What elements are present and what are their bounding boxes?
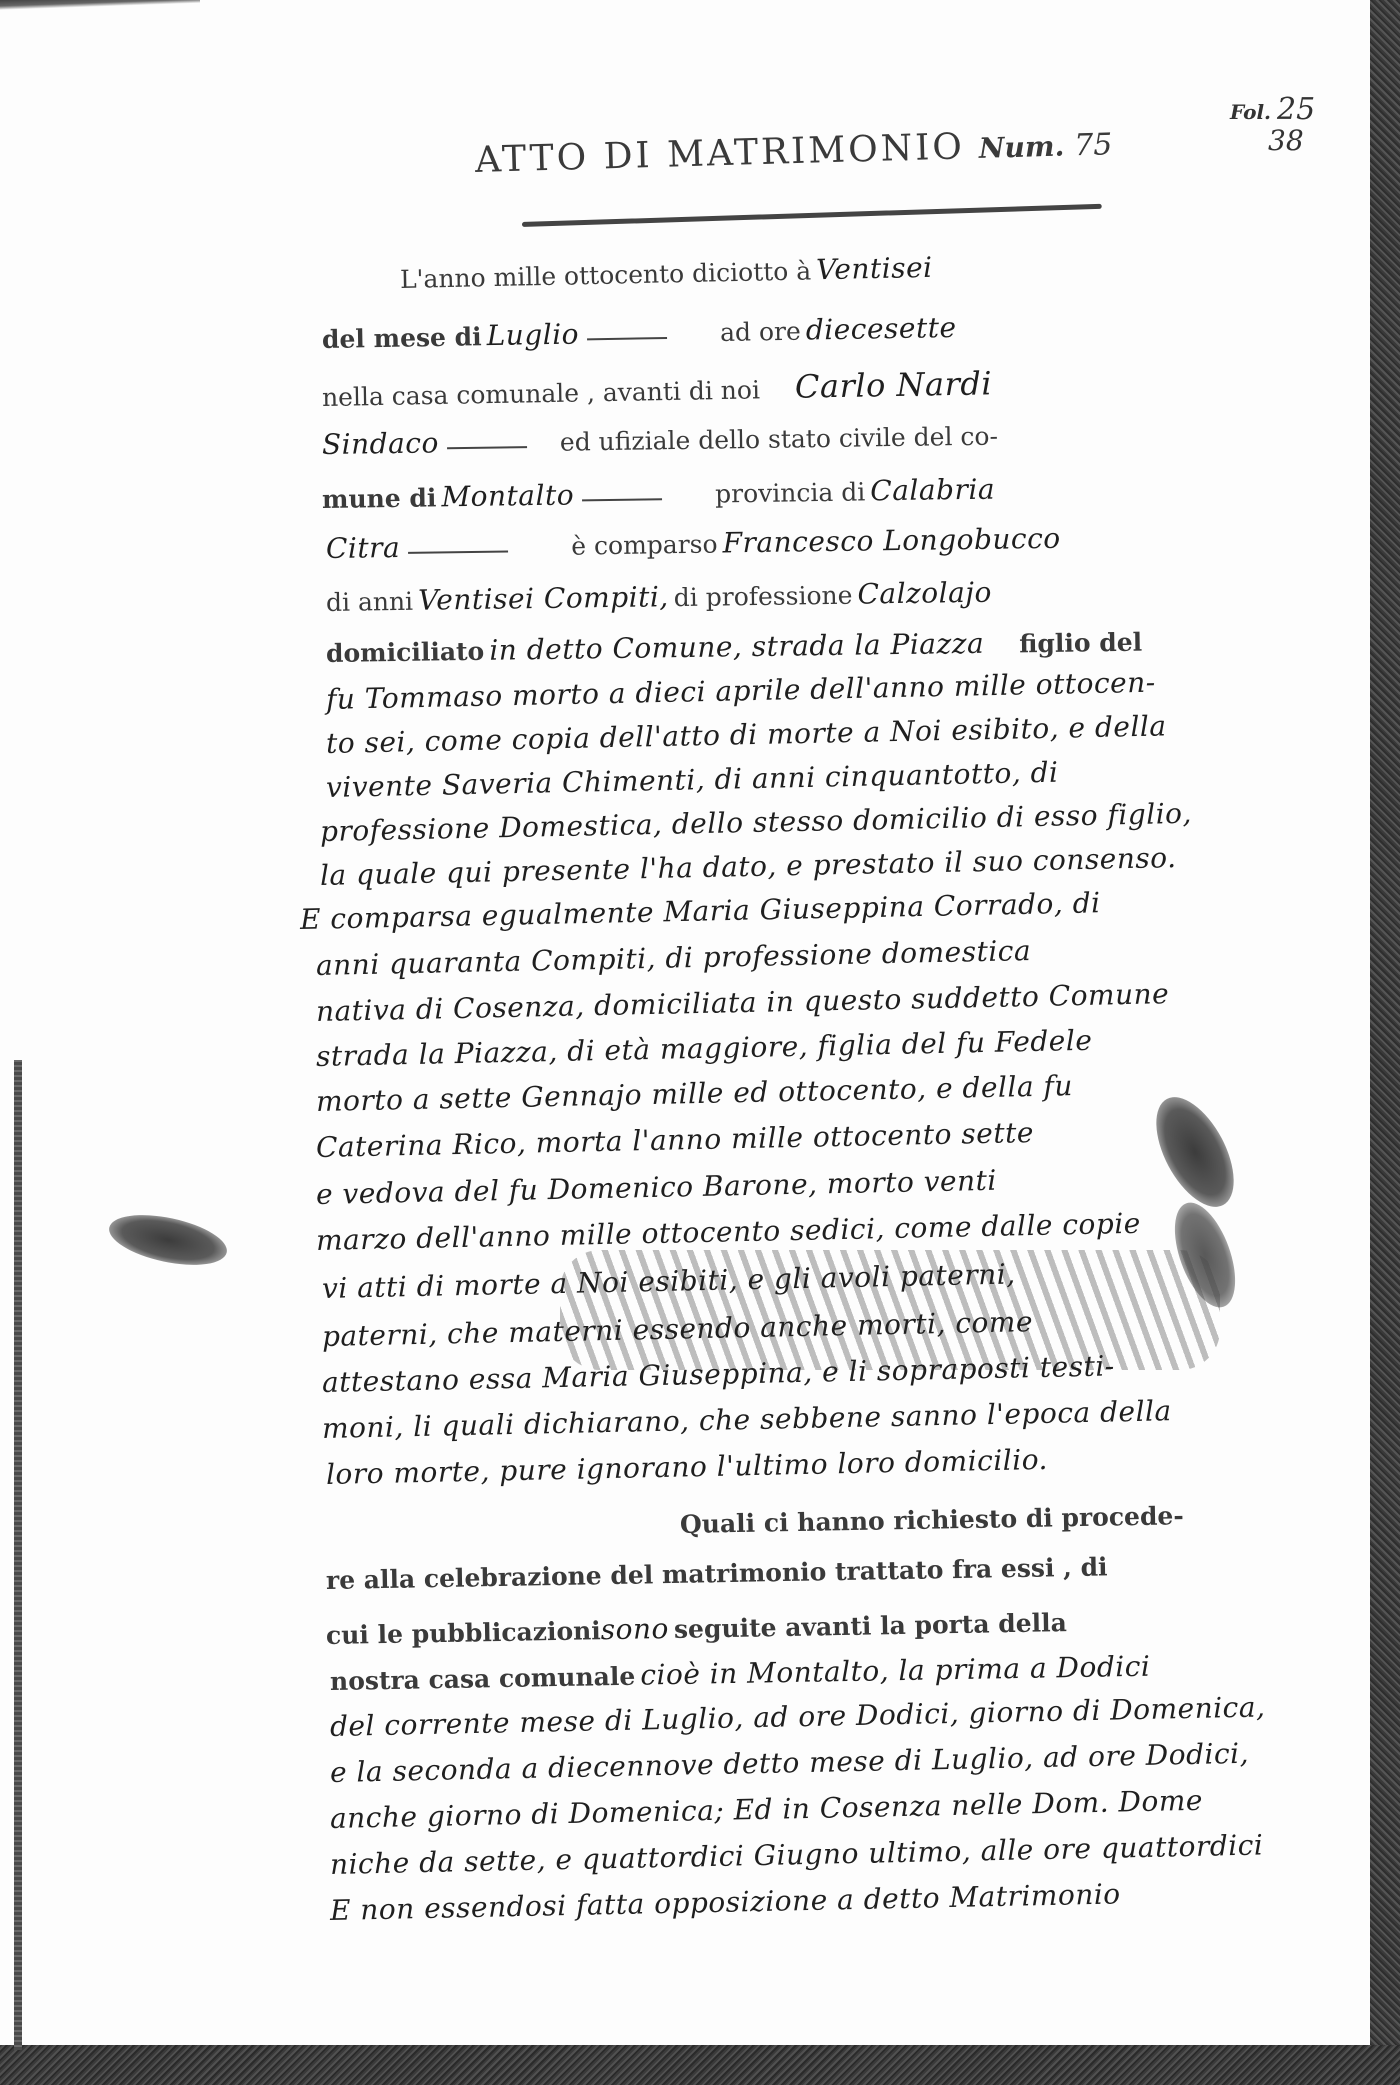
act-number: 75 [1074, 127, 1113, 163]
handwritten-text: sono [600, 1612, 669, 1646]
handwritten-line: morto a sette Gennajo mille ed ottocento… [316, 1069, 1074, 1118]
handwritten-line: professione Domestica, dello stesso domi… [320, 797, 1193, 848]
handwritten-text: Luglio [486, 318, 579, 353]
document-title: ATTO DI MATRIMONIONum.75 [474, 122, 1112, 181]
handwritten-text: Francesco Longobucco [722, 522, 1060, 560]
handwritten-text: Ventisei Compiti, [418, 580, 669, 616]
printed-text: mune di [322, 483, 437, 514]
printed-text: è comparso [571, 530, 718, 561]
printed-text: provincia di [715, 477, 865, 508]
handwritten-line: moni, li quali dichiarano, che sebbene s… [322, 1394, 1172, 1445]
handwritten-line: fu Tommaso morto a dieci aprile dell'ann… [326, 666, 1156, 716]
preamble-line-7: di anni Ventisei Compiti, di professione… [326, 576, 992, 618]
handwritten-line: e la seconda a diecennove detto mese di … [330, 1737, 1250, 1789]
handwritten-text: Calabria [870, 473, 995, 508]
preamble-line-8: domiciliato in detto Comune, strada la P… [326, 625, 1143, 669]
fill-line [408, 550, 508, 553]
printed-text: seguite avanti la porta della [674, 1608, 1067, 1644]
title-text: ATTO DI MATRIMONIO [474, 126, 965, 181]
printed-text: del mese di [322, 322, 482, 354]
preamble-line-4: Sindaco ed ufiziale dello stato civile d… [322, 419, 998, 461]
handwritten-text: in detto Comune, strada la Piazza [489, 627, 984, 667]
number-label: Num. [978, 130, 1064, 165]
closing-line-2: re alla celebrazione del matrimonio trat… [326, 1552, 1108, 1595]
handwritten-text: Citra [326, 531, 401, 565]
preamble-line-2: del mese di Luglio ad ore diecesette [322, 311, 957, 355]
printed-text: di anni [326, 587, 413, 617]
handwritten-line: vivente Saveria Chimenti, di anni cinqua… [326, 756, 1059, 804]
handwritten-line: attestano essa Maria Giuseppina, e li so… [322, 1349, 1115, 1399]
scan-edge-top [0, 0, 200, 10]
handwritten-line: nativa di Cosenza, domiciliata in questo… [316, 977, 1170, 1028]
scanned-document-page: ATTO DI MATRIMONIONum.75 Fol.25 38 L'ann… [0, 0, 1400, 2085]
folio-number: 25 [1277, 92, 1315, 127]
printed-text: ad ore [720, 317, 801, 347]
folio-label: Fol. [1230, 100, 1271, 124]
handwritten-text: Ventisei [816, 251, 933, 286]
ink-blot-right [1140, 1085, 1249, 1219]
printed-text: ed ufiziale dello stato civile del co- [560, 422, 998, 457]
fill-line [447, 446, 527, 449]
title-divider [522, 204, 1102, 227]
preamble-line-3: nella casa comunale , avanti di noi Carl… [322, 364, 993, 414]
closing-line-3: cui le pubblicazionisono seguite avanti … [326, 1605, 1067, 1651]
handwritten-line: loro morte, pure ignorano l'ultimo loro … [326, 1443, 1049, 1491]
preamble-line-1: L'anno mille ottocento diciotto à Ventis… [400, 251, 933, 295]
scan-edge-right [1370, 0, 1400, 2085]
closing-line-1: Quali ci hanno richiesto di procede- [680, 1501, 1184, 1539]
ink-blot-left [105, 1206, 232, 1274]
handwritten-text: Calzolajo [857, 576, 992, 611]
handwritten-line: e vedova del fu Domenico Barone, morto v… [316, 1164, 997, 1211]
fill-line [582, 498, 662, 501]
printed-text: nella casa comunale , avanti di noi [322, 375, 760, 412]
printed-text: di professione [674, 581, 853, 612]
handwritten-text: Sindaco [322, 426, 439, 461]
printed-text: L'anno mille ottocento diciotto à [400, 256, 812, 294]
handwritten-text: Montalto [441, 478, 574, 513]
folio-number-secondary: 38 [1268, 124, 1304, 157]
handwritten-text: cioè in Montalto, la prima a Dodici [640, 1650, 1151, 1692]
handwritten-text: diecesette [806, 311, 957, 347]
handwritten-line: E non essendosi fatta opposizione a dett… [330, 1877, 1121, 1927]
handwritten-text: Carlo Nardi [795, 364, 993, 405]
preamble-line-5: mune di Montalto provincia di Calabria [322, 473, 995, 515]
handwritten-line: anni quaranta Compiti, di professione do… [316, 934, 1032, 982]
printed-text: cui le pubblicazioni [326, 1616, 601, 1650]
handwritten-line: la quale qui presente l'ha dato, e prest… [320, 841, 1177, 892]
scan-edge-left [14, 1060, 22, 2050]
handwritten-line: anche giorno di Domenica; Ed in Cosenza … [330, 1784, 1204, 1835]
handwritten-line: strada la Piazza, di età maggiore, figli… [316, 1024, 1093, 1073]
handwritten-line: E comparsa egualmente Maria Giuseppina C… [300, 886, 1101, 936]
handwritten-line: niche da sette, e quattordici Giugno ult… [330, 1828, 1264, 1881]
closing-line-4: nostra casa comunale cioè in Montalto, l… [330, 1650, 1151, 1697]
preamble-line-6: Citra è comparso Francesco Longobucco [326, 522, 1061, 565]
handwritten-line: del corrente mese di Luglio, ad ore Dodi… [330, 1690, 1266, 1743]
handwritten-line: Caterina Rico, morta l'anno mille ottoce… [316, 1116, 1035, 1164]
printed-text: nostra casa comunale [330, 1662, 636, 1696]
printed-text: figlio del [1019, 628, 1142, 659]
printed-text: domiciliato [326, 637, 485, 668]
scan-edge-bottom [0, 2045, 1400, 2085]
fill-line [587, 336, 667, 339]
handwritten-line: to sei, come copia dell'atto di morte a … [326, 709, 1167, 760]
folio-annotation: Fol.25 38 [1230, 92, 1315, 127]
